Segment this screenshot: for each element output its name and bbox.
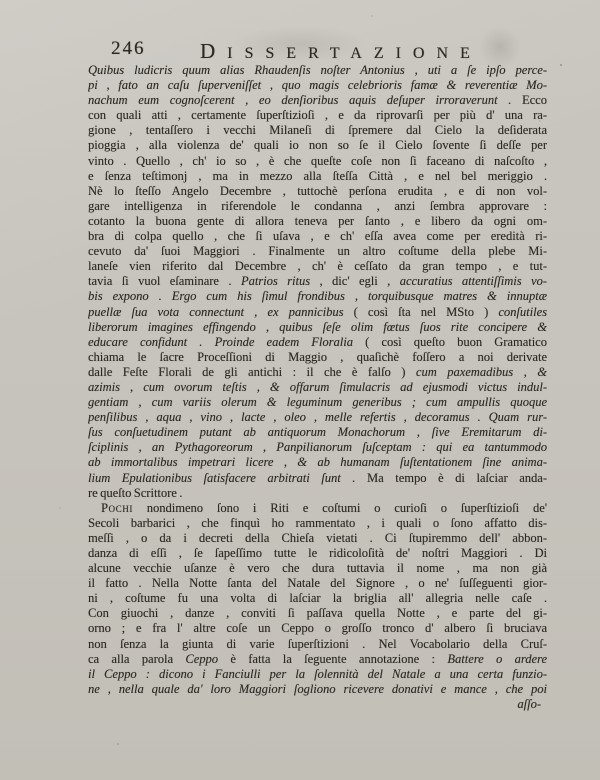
catchword: aſſo- (88, 697, 547, 712)
text-line: ne , nella quale da' loro Maggiori ſogli… (88, 682, 547, 697)
text-line: re queſto Scrittore . (88, 486, 547, 501)
text-line: ab immortalibus impetrari licere , & ab … (88, 455, 547, 470)
text-line: cotanto la buona gente di allora teneva … (88, 214, 547, 229)
text-line: gione , tentaſſero i vecchi Milaneſi di … (88, 123, 547, 138)
page-header: 246 DISSERTAZIONE (88, 36, 547, 62)
text-line: danza di eſſi , ſe ſapeſſimo tutte le ri… (88, 546, 547, 561)
text-line: Nè lo ſteſſo Angelo Decembre , tuttochè … (88, 184, 547, 199)
text-line: lium Epulationibus ſatisfacere arbitrati… (88, 471, 547, 486)
text-line: gentiam , cum variis olerum & leguminum … (88, 395, 547, 410)
text-line: meſſi , o da i decreti della Chieſa viet… (88, 531, 547, 546)
page-number: 246 (111, 38, 146, 60)
text-line: tavia ſi vuol eſaminare . Patrios ritus … (88, 274, 547, 289)
text-line: penſilibus , aqua , vino , lacte , oleo … (88, 410, 547, 425)
text-line: bra di colpa quello , che ſi uſava , e c… (88, 229, 547, 244)
text-line: cevuto da' ſuoi Maggiori . Finalmente un… (88, 244, 547, 259)
text-line: Secoli barbarici , che finquì ho ramment… (88, 516, 547, 531)
text-line: pi , fato an caſu ſuperveniſſet , quo ma… (88, 78, 547, 93)
text-line: azimis , cum ovorum teſtis , & offarum ſ… (88, 380, 547, 395)
text-line: Con giuochi , danze , conviti ſi paſſava… (88, 606, 547, 621)
text-line: ca alla parola Ceppo è fatta la ſeguente… (88, 652, 547, 667)
text-block: Quibus ludicris quum alias Rhaudenſis no… (88, 63, 547, 712)
running-title: DISSERTAZIONE (200, 39, 482, 64)
text-line: nachum eum cognoſcerent , eo denſioribus… (88, 93, 547, 108)
text-line: pioggia , alla violenza de' quali io non… (88, 138, 547, 153)
text-line: educare confidunt . Proinde eadem Floral… (88, 335, 547, 350)
text-line: gare intelligenza in riferendole le cond… (88, 199, 547, 214)
text-line: alcune vecchie uſanze è vero che dura tu… (88, 561, 547, 576)
text-line: laneſe vien riferito dal Decembre , ch' … (88, 259, 547, 274)
text-line: e ſenza teſtimonj , ma in mezzo alla ſte… (88, 169, 547, 184)
text-line: liberorum imagines effingendo , quibus ſ… (88, 320, 547, 335)
text-line: ſciplinis , an Pythagoreorum , Panpilian… (88, 440, 547, 455)
text-line: chiama le ſacre Proceſſioni di Maggio , … (88, 350, 547, 365)
text-line: ni , coſtume fu una volta di laſciar la … (88, 591, 547, 606)
text-line: il fatto . Nella Notte ſanta del Natale … (88, 576, 547, 591)
text-line: non ſenza la giunta di varie ſuperſtizio… (88, 637, 547, 652)
text-line: dalle Feſte Florali de gli antichi : il … (88, 365, 547, 380)
text-line: Pochi nondimeno ſono i Riti e coſtumi o … (88, 501, 547, 516)
text-line: con quali atti , certamente ſuperſtizioſ… (88, 108, 547, 123)
text-line: Quibus ludicris quum alias Rhaudenſis no… (88, 63, 547, 78)
text-line: vinto . Quello , ch' io so , è che queſt… (88, 154, 547, 169)
text-line: puellæ ſua vota connectunt , ex pannicib… (88, 305, 547, 320)
text-line: ſus conſuetudinem putant ab antiquorum M… (88, 425, 547, 440)
text-line: il Ceppo : dicono i Fanciulli per la ſol… (88, 667, 547, 682)
text-line: orno ; e fra l' altre coſe un Ceppo o gr… (88, 621, 547, 636)
text-line: bis expono . Ergo cum his ſimul frondibu… (88, 289, 547, 304)
book-page: 246 DISSERTAZIONE Quibus ludicris quum a… (0, 0, 600, 780)
